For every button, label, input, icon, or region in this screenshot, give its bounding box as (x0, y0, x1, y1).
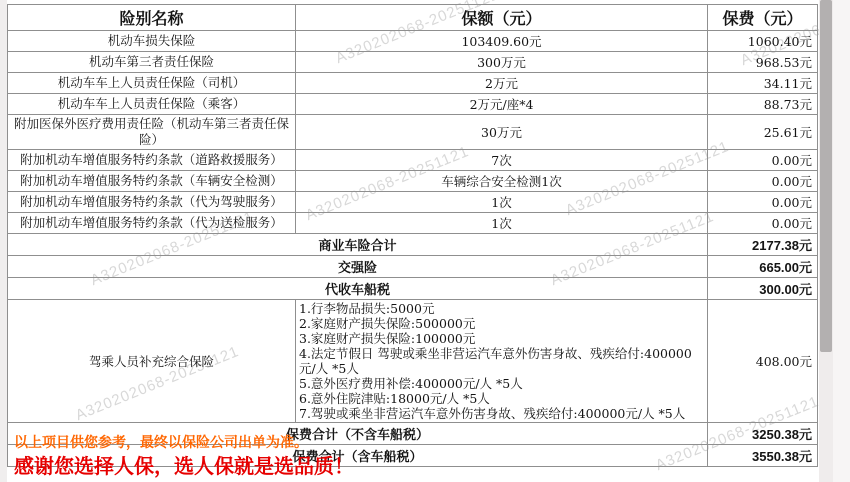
scrollbar-thumb[interactable] (820, 0, 832, 352)
summary-label: 商业车险合计 (8, 234, 708, 256)
table-row: 机动车车上人员责任保险（乘客） 2万元/座*4 88.73元 (8, 94, 818, 115)
coverage-amount: 1次 (296, 192, 708, 213)
risk-name: 驾乘人员补充综合保险 (8, 300, 296, 423)
premium-value: 300.00元 (708, 278, 818, 300)
table-row: 附加机动车增值服务特约条款（道路救援服务） 7次 0.00元 (8, 150, 818, 171)
risk-name: 机动车第三者责任保险 (8, 52, 296, 73)
table-row: 附加机动车增值服务特约条款（车辆安全检测） 车辆综合安全检测1次 0.00元 (8, 171, 818, 192)
risk-name: 附加机动车增值服务特约条款（代为送检服务） (8, 213, 296, 234)
coverage-amount: 103409.60元 (296, 31, 708, 52)
risk-name: 机动车损失保险 (8, 31, 296, 52)
coverage-amount: 30万元 (296, 115, 708, 150)
table-row: 机动车损失保险 103409.60元 1060.40元 (8, 31, 818, 52)
risk-name: 附加医保外医疗费用责任险（机动车第三者责任保险） (8, 115, 296, 150)
column-header-amount: 保额（元） (296, 5, 708, 31)
premium-value: 0.00元 (708, 213, 818, 234)
table-row: 机动车第三者责任保险 300万元 968.53元 (8, 52, 818, 73)
column-header-premium: 保费（元） (708, 5, 818, 31)
commercial-total-row: 商业车险合计 2177.38元 (8, 234, 818, 256)
risk-name: 附加机动车增值服务特约条款（车辆安全检测） (8, 171, 296, 192)
risk-name: 机动车车上人员责任保险（司机） (8, 73, 296, 94)
risk-name: 机动车车上人员责任保险（乘客） (8, 94, 296, 115)
premium-value: 1060.40元 (708, 31, 818, 52)
supplement-insurance-row: 驾乘人员补充综合保险 1.行李物品损失:5000元2.家庭财产损失保险:5000… (8, 300, 818, 423)
premium-value: 88.73元 (708, 94, 818, 115)
coverage-amount: 1次 (296, 213, 708, 234)
premium-value: 2177.38元 (708, 234, 818, 256)
vertical-scrollbar[interactable] (819, 0, 833, 482)
table-row: 附加机动车增值服务特约条款（代为送检服务） 1次 0.00元 (8, 213, 818, 234)
premium-value: 408.00元 (708, 300, 818, 423)
summary-label: 交强险 (8, 256, 708, 278)
coverage-amount: 7次 (296, 150, 708, 171)
premium-value: 25.61元 (708, 115, 818, 150)
vehicle-tax-row: 代收车船税 300.00元 (8, 278, 818, 300)
premium-value: 968.53元 (708, 52, 818, 73)
insurance-quote-table: 险别名称 保额（元） 保费（元） 机动车损失保险 103409.60元 1060… (7, 4, 818, 467)
coverage-amount: 2万元 (296, 73, 708, 94)
premium-value: 3250.38元 (708, 423, 818, 445)
summary-label: 代收车船税 (8, 278, 708, 300)
table-row: 附加机动车增值服务特约条款（代为驾驶服务） 1次 0.00元 (8, 192, 818, 213)
risk-name: 附加机动车增值服务特约条款（代为驾驶服务） (8, 192, 296, 213)
risk-name: 附加机动车增值服务特约条款（道路救援服务） (8, 150, 296, 171)
premium-value: 0.00元 (708, 150, 818, 171)
coverage-amount: 车辆综合安全检测1次 (296, 171, 708, 192)
left-gutter (0, 0, 7, 482)
reference-note: 以上项目供您参考，最终以保险公司出单为准。 (14, 432, 308, 452)
table-row: 机动车车上人员责任保险（司机） 2万元 34.11元 (8, 73, 818, 94)
coverage-amount: 300万元 (296, 52, 708, 73)
coverage-amount: 2万元/座*4 (296, 94, 708, 115)
right-gutter (833, 0, 850, 482)
premium-value: 0.00元 (708, 192, 818, 213)
table-row: 附加医保外医疗费用责任险（机动车第三者责任保险） 30万元 25.61元 (8, 115, 818, 150)
brand-slogan: 感谢您选择人保，选人保就是选品质！ (14, 450, 354, 479)
premium-value: 0.00元 (708, 171, 818, 192)
insurance-quote-page: A320202068-20251121 A320202068-20251121 … (0, 0, 850, 482)
premium-value: 3550.38元 (708, 445, 818, 467)
supplement-details-list: 1.行李物品损失:5000元2.家庭财产损失保险:500000元3.家庭财产损失… (296, 300, 708, 423)
premium-value: 665.00元 (708, 256, 818, 278)
premium-value: 34.11元 (708, 73, 818, 94)
header-row: 险别名称 保额（元） 保费（元） (8, 5, 818, 31)
column-header-risk-name: 险别名称 (8, 5, 296, 31)
compulsory-insurance-row: 交强险 665.00元 (8, 256, 818, 278)
